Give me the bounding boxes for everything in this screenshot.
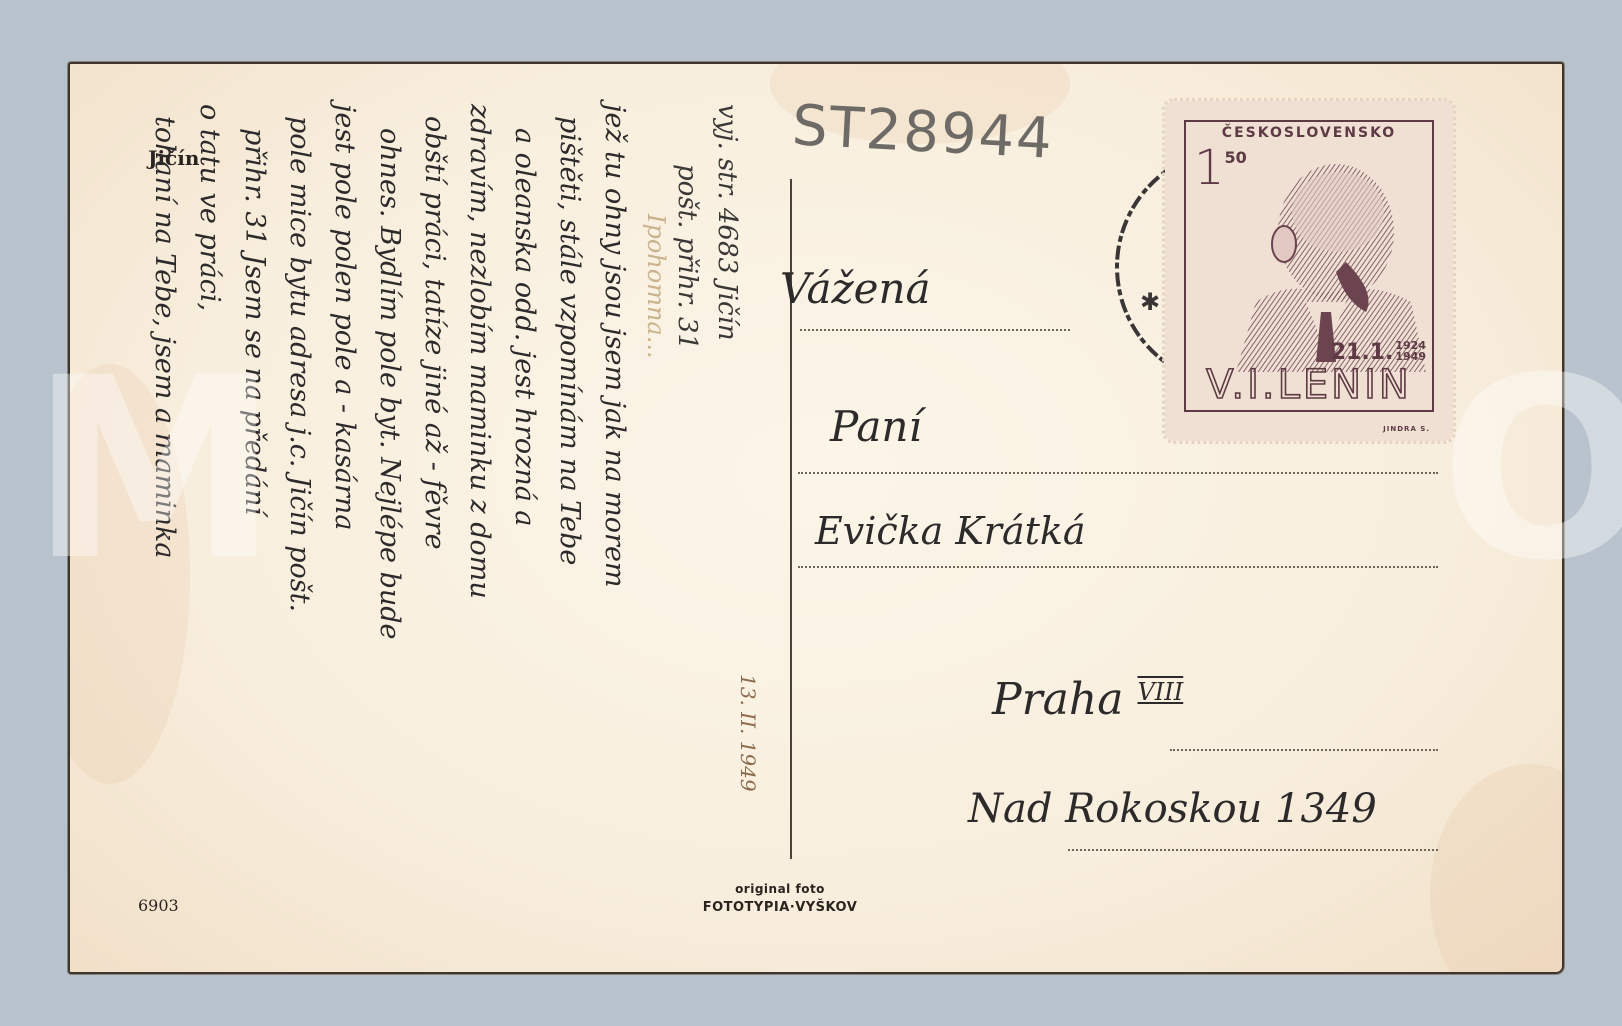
sender-note-line-2: pošt. přihr. 31 [672,164,702,350]
date-written: 13. II. 1949 [736,674,760,792]
address-salutation: Vážená [780,264,931,313]
address-title: Paní [830,402,922,451]
address-city: Praha VIII [992,674,1183,725]
stamp-value-major: 1 [1194,140,1225,196]
address-district: VIII [1137,678,1183,706]
message-line: pole mice bytu adresa j.c. Jičín pošt. [284,116,315,612]
message-line: přihr. 31 Jsem se na předání [239,128,270,515]
message-line: pištěti, stále vzpomínám na Tebe [554,116,585,565]
sender-note-line-1: vyj. str. 4683 Jičín [712,104,742,341]
stamp-name: V.I.LENIN [1186,362,1432,408]
publisher-line-2: FOTOTYPIA·VYŠKOV [680,900,880,915]
message-line: ohnes. Bydlím pole byt. Nejlépe bude [374,128,405,640]
address-line [800,329,1070,331]
address-city-name: Praha [992,674,1123,725]
stamp-frame: ČESKOSLOVENSKO 150 21.1.19241949 [1184,120,1434,412]
stamp-country: ČESKOSLOVENSKO [1186,125,1432,141]
inventory-code: ST28944 [790,93,1055,172]
message-line: jež tu ohny jsou jsem jak na morem [599,104,630,588]
address-line [1068,849,1438,851]
age-stain [1430,764,1564,974]
address-line [1170,749,1438,751]
message-line: a oleanska odd. jest hrozná a [509,128,540,527]
message-line: tohaní na Tebe, jsem a maminka [149,116,180,558]
postcard: Jičín 6903 original foto FOTOTYPIA·VYŠKO… [68,62,1564,974]
sender-note-line-3: Ipohomna... [642,214,670,359]
address-recipient: Evička Krátká [815,509,1086,553]
svg-text:✱: ✱ [1140,288,1160,316]
stamp-engraver: JINDRA S. [1383,425,1430,433]
address-line [798,472,1438,474]
message-line: jest pole polen pole a - kasárna [329,104,360,530]
postage-stamp: ČESKOSLOVENSKO 150 21.1.19241949 [1170,106,1448,436]
address-line [798,566,1438,568]
message-line: o tatu ve práci, [194,104,225,311]
publisher-line-1: original foto [680,882,880,896]
publisher-imprint: original foto FOTOTYPIA·VYŠKOV [680,882,880,915]
message-line: obští práci, tatíze jiné až - fěvre [419,116,450,550]
message-line: zdravím, nezlobím maminku z domu [464,104,495,599]
address-street: Nad Rokoskou 1349 [968,786,1377,832]
card-number: 6903 [138,896,179,915]
